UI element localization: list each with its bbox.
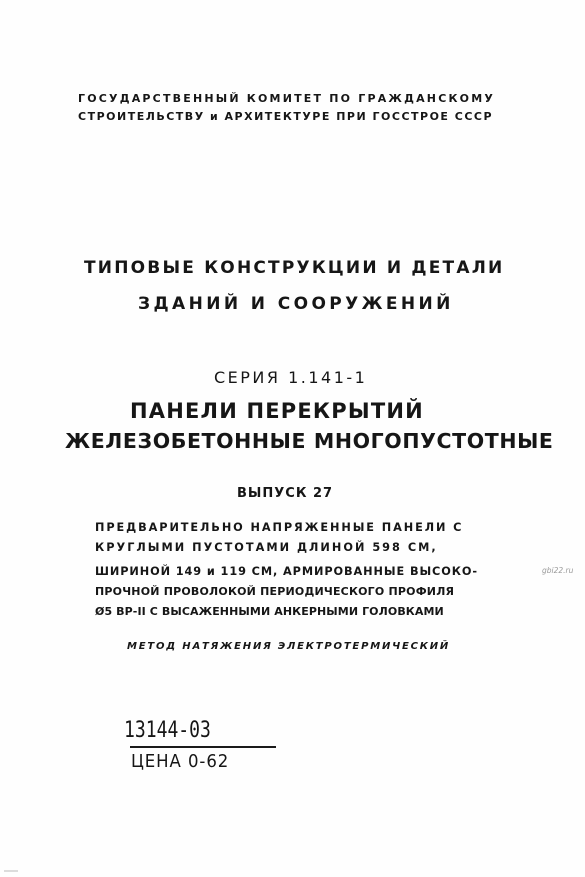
document-title-line-1: ПАНЕЛИ ПЕРЕКРЫТИЙ bbox=[130, 399, 424, 423]
subject-line-2: ЗДАНИЙ И СООРУЖЕНИЙ bbox=[138, 294, 454, 314]
subject-line-1: ТИПОВЫЕ КОНСТРУКЦИИ И ДЕТАЛИ bbox=[84, 258, 504, 278]
description-line: ШИРИНОЙ 149 и 119 СМ, АРМИРОВАННЫЕ ВЫСОК… bbox=[95, 565, 478, 578]
price-label: ЦЕНА 0-62 bbox=[131, 751, 229, 772]
description-line: КРУГЛЫМИ ПУСТОТАМИ ДЛИНОЙ 598 СМ, bbox=[95, 541, 438, 554]
series-number: СЕРИЯ 1.141-1 bbox=[214, 368, 367, 387]
description-line: ПРЕДВАРИТЕЛЬНО НАПРЯЖЕННЫЕ ПАНЕЛИ С bbox=[95, 521, 463, 534]
tensioning-method: МЕТОД НАТЯЖЕНИЯ ЭЛЕКТРОТЕРМИЧЕСКИЙ bbox=[127, 641, 450, 652]
description-line: Ø5 ВР-II С ВЫСАЖЕННЫМИ АНКЕРНЫМИ ГОЛОВКА… bbox=[95, 605, 444, 618]
committee-line-1: ГОСУДАРСТВЕННЫЙ КОМИТЕТ ПО ГРАЖДАНСКОМУ bbox=[78, 92, 495, 105]
watermark: gbi22.ru bbox=[542, 566, 573, 575]
committee-line-2: СТРОИТЕЛЬСТВУ и АРХИТЕКТУРЕ ПРИ ГОССТРОЕ… bbox=[78, 110, 493, 123]
document-title-line-2: ЖЕЛЕЗОБЕТОННЫЕ МНОГОПУСТОТНЫЕ bbox=[65, 429, 554, 453]
description-line: ПРОЧНОЙ ПРОВОЛОКОЙ ПЕРИОДИЧЕСКОГО ПРОФИЛ… bbox=[95, 585, 454, 598]
document-page: ГОСУДАРСТВЕННЫЙ КОМИТЕТ ПО ГРАЖДАНСКОМУ … bbox=[0, 0, 585, 877]
catalog-code: 13144-03 bbox=[124, 718, 211, 743]
code-underline bbox=[130, 746, 276, 748]
scan-artifact bbox=[4, 870, 18, 872]
issue-number: ВЫПУСК 27 bbox=[237, 486, 333, 501]
